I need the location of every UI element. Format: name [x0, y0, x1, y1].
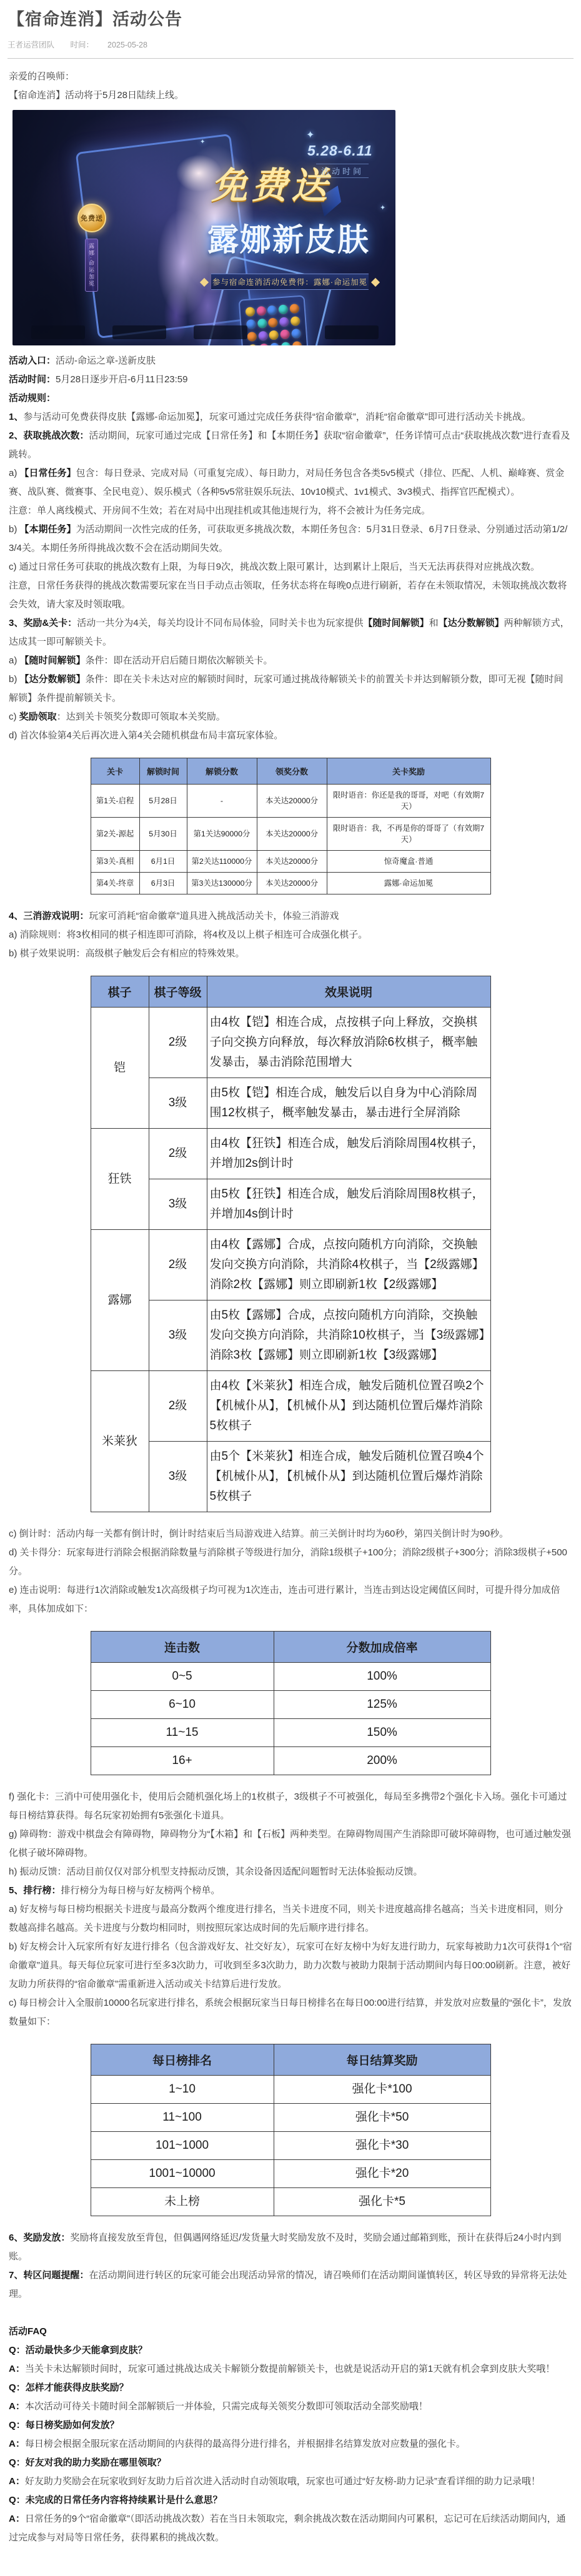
- sparkle-icon: ✦: [306, 129, 314, 141]
- table-row: 米莱狄2级由4枚【米莱狄】相连合成，触发后随机位置召唤2个【机械仆从】，【机械仆…: [91, 1371, 490, 1442]
- text-segment: Q：每日榜奖励如何发放？: [9, 2420, 119, 2430]
- piece-name-cell: 米莱狄: [91, 1371, 149, 1512]
- table-row: 1001~10000强化卡*20: [91, 2160, 490, 2188]
- text-segment: 【宿命连消】活动将于5月28日陆续上线。: [9, 90, 184, 101]
- table-cell: 0~5: [91, 1663, 274, 1691]
- banner-menu-item: [194, 325, 247, 339]
- board-piece-icon: [247, 331, 257, 341]
- text-segment: b): [9, 674, 20, 685]
- spacer: [9, 2304, 572, 2322]
- text-segment: 1、: [9, 412, 23, 422]
- table-row: 16+200%: [91, 1747, 490, 1775]
- board-piece-icon: [248, 344, 258, 345]
- table-cell: 第1关达90000分: [187, 818, 257, 851]
- piece-level-cell: 3级: [149, 1179, 207, 1230]
- paragraph: 亲爱的召唤师：: [9, 67, 572, 86]
- column-header: 棋子等级: [149, 976, 207, 1008]
- table-row: 3级由5枚【狂铁】相连合成，触发后消除周围8枚棋子，并增加4s倒计时: [91, 1179, 490, 1230]
- paragraph: d) 关卡得分：玩家每进行消除会根据消除数量与消除棋子等级进行加分，消除1级棋子…: [9, 1543, 572, 1581]
- board-piece-icon: [270, 342, 280, 345]
- text-segment: 为活动期间一次性完成的任务，可获取更多挑战次数，本期任务包含：5月31日登录、6…: [9, 524, 567, 553]
- text-segment: d) 关卡得分：玩家每进行消除会根据消除数量与消除棋子等级进行加分，消除1级棋子…: [9, 1547, 567, 1577]
- paragraph: 7、转区问题提醒：在活动期间进行转区的玩家可能会出现活动异常的情况，请召唤师们在…: [9, 2266, 572, 2304]
- paragraph: Q：怎样才能获得皮肤奖励？: [9, 2379, 572, 2397]
- moon-emblem-icon: 免费送: [77, 204, 106, 232]
- column-header: 效果说明: [207, 976, 490, 1008]
- table-cell: 本关达20000分: [257, 851, 327, 873]
- paragraph: c) 奖励领取：达到关卡领奖分数即可领取本关奖励。: [9, 708, 572, 726]
- board-piece-icon: [292, 341, 302, 345]
- board-piece-icon: [246, 307, 256, 317]
- text-segment: h) 振动反馈：活动目前仅仅对部分机型支持振动反馈，其余设备因适配问题暂时无法体…: [9, 1866, 423, 1877]
- text-segment: Q：活动最快多少天能拿到皮肤？: [9, 2345, 147, 2356]
- text-segment: 活动规则：: [9, 393, 56, 404]
- table-row: 3级由5个【米莱狄】相连合成，触发后随机位置召唤4个【机械仆从】，【机械仆从】到…: [91, 1442, 490, 1512]
- article-meta: 王者运营团队 时间：2025-05-28: [7, 39, 574, 50]
- text-segment: 活动一共分为4关，每关均设计不同布局体验，同时关卡也为玩家提供: [77, 618, 363, 628]
- table-cell: 150%: [274, 1719, 490, 1747]
- table-cell: 第2关达110000分: [187, 851, 257, 873]
- piece-name-cell: 露娜: [91, 1230, 149, 1371]
- text-segment: 好友助力奖励会在玩家收到好友助力后首次进入活动时自动领取哦，玩家也可通过“好友榜…: [25, 2476, 540, 2487]
- event-dates: 5.28-6.11: [307, 142, 372, 159]
- table-row: 露娜2级由4枚【露娜】合成，点按向随机方向消除，交换触发向交换方向消除，共消除4…: [91, 1230, 490, 1300]
- paragraph: Q：每日榜奖励如何发放？: [9, 2416, 572, 2435]
- text-segment: 奖励将直接发放至背包，但偶遇网络延迟/发货量大时奖励发放不及时，奖励会通过邮箱到…: [9, 2232, 561, 2262]
- paragraph: 活动入口：活动-命运之章-送新皮肤: [9, 352, 572, 370]
- text-segment: 本次活动可待关卡随时间全部解锁后一并体验，只需完成每关领奖分数即可领取活动全部奖…: [25, 2401, 428, 2412]
- author: 王者运营团队: [7, 41, 54, 49]
- board-piece-icon: [291, 329, 301, 339]
- piece-level-cell: 3级: [149, 1078, 207, 1129]
- text-segment: A：: [9, 2514, 25, 2524]
- piece-effect-cell: 由5枚【狂铁】相连合成，触发后消除周围8枚棋子，并增加4s倒计时: [207, 1179, 490, 1230]
- column-header: 关卡: [91, 758, 139, 785]
- text-segment: 玩家可消耗“宿命徽章”道具进入挑战活动关卡，体验三消游戏: [89, 911, 339, 921]
- table-row: 第2关-源起5月30日第1关达90000分本关达20000分限时语音：我，不再是…: [91, 818, 490, 851]
- page-title: 【宿命连消】活动公告: [7, 9, 574, 30]
- text-segment: 参与活动可免费获得皮肤【露娜-命运加冕】，玩家可通过完成任务获得“宿命徽章”，消…: [23, 412, 530, 422]
- piece-name-cell: 铠: [91, 1008, 149, 1129]
- paragraph: d) 首次体验第4关后再次进入第4关会随机棋盘布局丰富玩家体验。: [9, 726, 572, 745]
- paragraph: A：当关卡未达解锁时间时，玩家可通过挑战达成关卡解锁分数提前解锁关卡，也就是说活…: [9, 2360, 572, 2379]
- table-row: 0~5100%: [91, 1663, 490, 1691]
- stage-rewards-table: 关卡解锁时间解锁分数领奖分数关卡奖励第1关-启程5月28日-本关达20000分限…: [91, 758, 491, 894]
- sparkle-icon: ✦: [200, 139, 205, 146]
- banner-skin-title: 露娜新皮肤: [207, 215, 370, 260]
- board-piece-icon: [278, 304, 288, 314]
- table-cell: 第1关-启程: [91, 785, 139, 818]
- table-row: 3级由5枚【露娜】合成，点按向随机方向消除，交换触发向交换方向消除，共消除10枚…: [91, 1300, 490, 1371]
- board-piece-icon: [267, 305, 277, 315]
- text-segment: 包含：每日登录、完成对局（可重复完成）、每日助力，对局任务包含各类5v5模式（排…: [9, 468, 564, 497]
- paragraph: a) 消除规则：将3枚相同的棋子相连即可消除，将4枚及以上棋子相连可合成强化棋子…: [9, 926, 572, 944]
- paragraph: a) 【日常任务】包含：每日登录、完成对局（可重复完成）、每日助力，对局任务包含…: [9, 464, 572, 502]
- column-header: 棋子: [91, 976, 149, 1008]
- table-cell: 100%: [274, 1663, 490, 1691]
- text-segment: e) 连击说明：每进行1次消除或触发1次高级棋子均可视为1次连击，连击可进行累计…: [9, 1585, 560, 1614]
- text-segment: a): [9, 655, 20, 666]
- table-cell: 6~10: [91, 1691, 274, 1719]
- paragraph: 1、参与活动可免费获得皮肤【露娜-命运加冕】，玩家可通过完成任务获得“宿命徽章”…: [9, 408, 572, 427]
- text-segment: 当关卡未达解锁时间时，玩家可通过挑战达成关卡解锁分数提前解锁关卡，也就是说活动开…: [25, 2364, 555, 2374]
- board-piece-icon: [289, 304, 299, 314]
- daily-rank-rewards-table: 每日榜排名每日结算奖励1~10强化卡*10011~100强化卡*50101~10…: [91, 2044, 491, 2216]
- paragraph: 活动时间：5月28日逐步开启-6月11日23:59: [9, 370, 572, 389]
- text-segment: 注意：单人离线模式、开房间不生效；若在对局中出现挂机或其他违规行为，将不会被计为…: [9, 505, 430, 516]
- paragraph: b) 好友榜会计入玩家所有好友进行排名（包含游戏好友、社交好友），玩家可在好友榜…: [9, 1938, 572, 1994]
- text-segment: 活动期间，玩家可通过完成【日常任务】和【本期任务】获取“宿命徽章”，任务详情可点…: [9, 430, 570, 460]
- table-row: 6~10125%: [91, 1691, 490, 1719]
- table-cell: 强化卡*5: [274, 2188, 490, 2216]
- paragraph: h) 振动反馈：活动目前仅仅对部分机型支持振动反馈，其余设备因适配问题暂时无法体…: [9, 1863, 572, 1881]
- table-cell: 第3关-真相: [91, 851, 139, 873]
- board-piece-icon: [269, 330, 279, 340]
- table-row: 11~15150%: [91, 1719, 490, 1747]
- text-segment: 【随时间解锁】: [364, 618, 429, 628]
- text-segment: Q：未完成的日常任务内容将持续累计是什么意思？: [9, 2495, 222, 2505]
- table-cell: 本关达20000分: [257, 785, 327, 818]
- table-row: 第1关-启程5月28日-本关达20000分限时语音：你还是我的哥哥，对吧（有效期…: [91, 785, 490, 818]
- table-cell: 125%: [274, 1691, 490, 1719]
- paragraph: A：好友助力奖励会在玩家收到好友助力后首次进入活动时自动领取哦，玩家也可通过“好…: [9, 2472, 572, 2491]
- table-cell: 1001~10000: [91, 2160, 274, 2188]
- table-row: 铠2级由4枚【铠】相连合成，点按棋子向上释放，交换棋子向交换方向释放，每次释放消…: [91, 1008, 490, 1078]
- text-segment: 条件：即在关卡未达对应的解锁时间时，玩家可通过挑战待解锁关卡的前置关卡并达到解锁…: [9, 674, 564, 703]
- piece-name-cell: 狂铁: [91, 1129, 149, 1230]
- board-piece-icon: [257, 318, 267, 328]
- board-piece-icon: [256, 305, 266, 315]
- banner-ribbon: 参与宿命连消活动免费得：露娜·命运加冕: [211, 274, 369, 290]
- text-segment: 活动-命运之章-送新皮肤: [56, 355, 156, 366]
- text-segment: 活动FAQ: [9, 2326, 47, 2337]
- table-row: 未上榜强化卡*5: [91, 2188, 490, 2216]
- text-segment: 6、奖励发放：: [9, 2232, 70, 2243]
- table-row: 3级由5枚【铠】相连合成，触发后以自身为中心消除周围12枚棋子，概率触发暴击，暴…: [91, 1078, 490, 1129]
- column-header: 关卡奖励: [327, 758, 490, 785]
- paragraph: A：本次活动可待关卡随时间全部解锁后一并体验，只需完成每关领奖分数即可领取活动全…: [9, 2397, 572, 2416]
- text-segment: 奖励领取: [19, 711, 57, 722]
- board-piece-icon: [281, 342, 291, 345]
- table-cell: 限时语音：我，不再是你的哥哥了（有效期7天）: [327, 818, 490, 851]
- column-header: 解锁分数: [187, 758, 257, 785]
- board-piece-icon: [290, 316, 300, 326]
- text-segment: 【达分数解锁】: [439, 618, 504, 628]
- table-cell: 本关达20000分: [257, 873, 327, 894]
- piece-level-cell: 3级: [149, 1300, 207, 1371]
- paragraph: A：日常任务的9个“宿命徽章”（即活动挑战次数）若在当日未领取完，剩余挑战次数在…: [9, 2510, 572, 2547]
- text-segment: 日常任务的9个“宿命徽章”（即活动挑战次数）若在当日未领取完，剩余挑战次数在活动…: [9, 2514, 566, 2543]
- piece-effect-cell: 由4枚【露娜】合成，点按向随机方向消除，交换触发向交换方向消除，共消除4枚棋子，…: [207, 1230, 490, 1300]
- text-segment: g) 障碍物：游戏中棋盘会有障碍物，障碍物分为“【木箱】和【石板】两种类型。在障…: [9, 1829, 571, 1858]
- paragraph: 【宿命连消】活动将于5月28日陆续上线。: [9, 86, 572, 105]
- column-header: 分数加成倍率: [274, 1632, 490, 1663]
- paragraph: 6、奖励发放：奖励将直接发放至背包，但偶遇网络延迟/发货量大时奖励发放不及时，奖…: [9, 2229, 572, 2266]
- table-cell: 11~15: [91, 1719, 274, 1747]
- event-dates-label: 活动时间: [316, 164, 369, 178]
- emblem-ribbon: 露娜·命运加冕: [85, 239, 98, 292]
- board-piece-icon: [258, 330, 268, 340]
- text-segment: 【本期任务】: [20, 524, 76, 535]
- text-segment: ：达到关卡领奖分数即可领取本关奖励。: [57, 711, 226, 722]
- banner-image: ✦ ✦ ✦ 免费送 露娜·命运加冕 免费送 露娜新皮肤 5.28-6.11 活动…: [12, 110, 395, 345]
- text-segment: 和: [429, 618, 439, 628]
- table-row: 狂铁2级由4枚【狂铁】相连合成，触发后消除周围4枚棋子，并增加2s倒计时: [91, 1129, 490, 1179]
- text-segment: A：: [9, 2401, 25, 2412]
- text-segment: 【随时间解锁】: [20, 655, 86, 666]
- text-segment: Q：怎样才能获得皮肤奖励？: [9, 2382, 129, 2393]
- table-cell: 200%: [274, 1747, 490, 1775]
- piece-level-cell: 2级: [149, 1008, 207, 1078]
- piece-effect-cell: 由5枚【露娜】合成，点按向随机方向消除，交换触发向交换方向消除，共消除10枚棋子…: [207, 1300, 490, 1371]
- paragraph: a) 【随时间解锁】条件：即在活动开启后随日期依次解锁关卡。: [9, 651, 572, 670]
- table-cell: 5月28日: [139, 785, 187, 818]
- text-segment: a) 好友榜与每日榜均根据关卡进度与最高分数两个维度进行排名，当关卡进度不同，则…: [9, 1904, 564, 1933]
- paragraph: g) 障碍物：游戏中棋盘会有障碍物，障碍物分为“【木箱】和【石板】两种类型。在障…: [9, 1825, 572, 1863]
- table-row: 1~10强化卡*100: [91, 2076, 490, 2104]
- text-segment: c) 通过日常任务可获取的挑战次数有上限，为每日9次，挑战次数上限可累计，达到累…: [9, 562, 540, 572]
- text-segment: 亲爱的召唤师：: [9, 71, 74, 82]
- column-header: 每日榜排名: [91, 2044, 274, 2076]
- table-cell: 第4关-终章: [91, 873, 139, 894]
- text-segment: c) 每日榜会计入全服前10000名玩家进行排名，系统会根据玩家当日每日榜排名在…: [9, 1998, 572, 2027]
- column-header: 每日结算奖励: [274, 2044, 490, 2076]
- text-segment: 4、三消游戏说明：: [9, 911, 89, 921]
- piece-level-cell: 2级: [149, 1129, 207, 1179]
- text-segment: b) 棋子效果说明：高级棋子触发后会有相应的特殊效果。: [9, 948, 245, 959]
- paragraph: 注意：单人离线模式、开房间不生效；若在对局中出现挂机或其他违规行为，将不会被计为…: [9, 502, 572, 520]
- table-cell: 6月1日: [139, 851, 187, 873]
- paragraph: 2、获取挑战次数：活动期间，玩家可通过完成【日常任务】和【本期任务】获取“宿命徽…: [9, 427, 572, 464]
- text-segment: d) 首次体验第4关后再次进入第4关会随机棋盘布局丰富玩家体验。: [9, 730, 283, 741]
- text-segment: f) 强化卡：三消中可使用强化卡，使用后会随机强化场上的1枚棋子，3级棋子不可被…: [9, 1791, 567, 1821]
- table-row: 101~1000强化卡*30: [91, 2132, 490, 2160]
- board-piece-icon: [246, 319, 256, 329]
- paragraph: 5、排行榜：排行榜分为每日榜与好友榜两个榜单。: [9, 1881, 572, 1900]
- page-header: 【宿命连消】活动公告 王者运营团队 时间：2025-05-28: [0, 0, 581, 59]
- column-header: 解锁时间: [139, 758, 187, 785]
- table-cell: 强化卡*50: [274, 2104, 490, 2132]
- table-row: 第3关-真相6月1日第2关达110000分本关达20000分惊奇魔盒·普通: [91, 851, 490, 873]
- banner-menu-item: [112, 325, 166, 339]
- table-cell: 6月3日: [139, 873, 187, 894]
- paragraph: b) 【本期任务】为活动期间一次性完成的任务，可获取更多挑战次数，本期任务包含：…: [9, 520, 572, 558]
- text-segment: 活动时间：: [9, 374, 56, 385]
- paragraph: e) 连击说明：每进行1次消除或触发1次高级棋子均可视为1次连击，连击可进行累计…: [9, 1581, 572, 1618]
- publish-time: 时间：2025-05-28: [71, 41, 161, 49]
- text-segment: 条件：即在活动开启后随日期依次解锁关卡。: [86, 655, 273, 666]
- table-cell: 限时语音：你还是我的哥哥，对吧（有效期7天）: [327, 785, 490, 818]
- text-segment: 【达分数解锁】: [20, 674, 86, 685]
- paragraph: c) 通过日常任务可获取的挑战次数有上限，为每日9次，挑战次数上限可累计，达到累…: [9, 558, 572, 577]
- table-cell: 第3关达130000分: [187, 873, 257, 894]
- piece-level-cell: 2级: [149, 1230, 207, 1300]
- table-cell: 强化卡*100: [274, 2076, 490, 2104]
- table-cell: 本关达20000分: [257, 818, 327, 851]
- text-segment: 5、排行榜：: [9, 1885, 61, 1896]
- text-segment: A：: [9, 2439, 25, 2449]
- text-segment: A：: [9, 2364, 25, 2374]
- text-segment: b) 好友榜会计入玩家所有好友进行排名（包含游戏好友、社交好友），玩家可在好友榜…: [9, 1941, 572, 1989]
- board-piece-icon: [268, 317, 278, 327]
- text-segment: 【日常任务】: [20, 468, 76, 478]
- table-cell: -: [187, 785, 257, 818]
- table-header-row: 关卡解锁时间解锁分数领奖分数关卡奖励: [91, 758, 490, 785]
- banner-free-title: 免费送: [211, 156, 331, 209]
- table-header-row: 棋子棋子等级效果说明: [91, 976, 490, 1008]
- piece-effect-cell: 由5枚【铠】相连合成，触发后以自身为中心消除周围12枚棋子，概率触发暴击，暴击进…: [207, 1078, 490, 1129]
- column-header: 领奖分数: [257, 758, 327, 785]
- table-cell: 露娜·命运加冕: [327, 873, 490, 894]
- paragraph: Q：好友对我的助力奖励在哪里领取？: [9, 2454, 572, 2472]
- text-segment: 在活动期间进行转区的玩家可能会出现活动异常的情况，请召唤师们在活动期间谨慎转区，…: [9, 2270, 567, 2299]
- text-segment: 2、获取挑战次数：: [9, 430, 89, 441]
- text-segment: 注意，日常任务获得的挑战次数需要玩家在当日手动点击领取，任务状态将在每晚0点进行…: [9, 580, 567, 610]
- piece-level-cell: 2级: [149, 1371, 207, 1442]
- paragraph: f) 强化卡：三消中可使用强化卡，使用后会随机强化场上的1枚棋子，3级棋子不可被…: [9, 1788, 572, 1825]
- table-cell: 16+: [91, 1747, 274, 1775]
- table-cell: 未上榜: [91, 2188, 274, 2216]
- paragraph: b) 【达分数解锁】条件：即在关卡未达对应的解锁时间时，玩家可通过挑战待解锁关卡…: [9, 670, 572, 708]
- table-cell: 101~1000: [91, 2132, 274, 2160]
- table-cell: 5月30日: [139, 818, 187, 851]
- text-segment: 排行榜分为每日榜与好友榜两个榜单。: [61, 1885, 220, 1896]
- match3-board: [239, 295, 310, 345]
- text-segment: b): [9, 524, 20, 535]
- table-cell: 强化卡*30: [274, 2132, 490, 2160]
- paragraph: c) 倒计时：活动内每一关都有倒计时，倒计时结束后当局游戏进入结算。前三关倒计时…: [9, 1525, 572, 1543]
- banner-menu-item: [325, 325, 379, 339]
- table-header-row: 连击数分数加成倍率: [91, 1632, 490, 1663]
- board-piece-icon: [279, 317, 289, 327]
- piece-effects-table: 棋子棋子等级效果说明铠2级由4枚【铠】相连合成，点按棋子向上释放，交换棋子向交换…: [91, 976, 491, 1512]
- table-cell: 惊奇魔盒·普通: [327, 851, 490, 873]
- table-cell: 强化卡*20: [274, 2160, 490, 2188]
- paragraph: Q：未完成的日常任务内容将持续累计是什么意思？: [9, 2491, 572, 2510]
- piece-effect-cell: 由4枚【铠】相连合成，点按棋子向上释放，交换棋子向交换方向释放，每次释放消除6枚…: [207, 1008, 490, 1078]
- banner-menu-item: [31, 325, 85, 339]
- board-piece-icon: [280, 329, 290, 339]
- piece-effect-cell: 由4枚【狂铁】相连合成，触发后消除周围4枚棋子，并增加2s倒计时: [207, 1129, 490, 1179]
- sparkle-icon: ✦: [380, 204, 385, 212]
- table-header-row: 每日榜排名每日结算奖励: [91, 2044, 490, 2076]
- paragraph: b) 棋子效果说明：高级棋子触发后会有相应的特殊效果。: [9, 944, 572, 963]
- text-segment: 每日榜会根据全服玩家在活动期间的内获得的最高得分进行排名，并根据排名结算发放对应…: [25, 2439, 465, 2449]
- paragraph: A：每日榜会根据全服玩家在活动期间的内获得的最高得分进行排名，并根据排名结算发放…: [9, 2435, 572, 2454]
- text-segment: Q：好友对我的助力奖励在哪里领取？: [9, 2457, 166, 2468]
- text-segment: a) 消除规则：将3枚相同的棋子相连即可消除，将4枚及以上棋子相连可合成强化棋子…: [9, 929, 367, 940]
- text-segment: A：: [9, 2476, 25, 2487]
- paragraph: Q：活动最快多少天能拿到皮肤？: [9, 2341, 572, 2360]
- table-cell: 1~10: [91, 2076, 274, 2104]
- table-row: 第4关-终章6月3日第3关达130000分本关达20000分露娜·命运加冕: [91, 873, 490, 894]
- board-piece-icon: [259, 343, 269, 345]
- paragraph: 4、三消游戏说明：玩家可消耗“宿命徽章”道具进入挑战活动关卡，体验三消游戏: [9, 907, 572, 926]
- paragraph: a) 好友榜与每日榜均根据关卡进度与最高分数两个维度进行排名，当关卡进度不同，则…: [9, 1900, 572, 1938]
- paragraph: 活动FAQ: [9, 2322, 572, 2341]
- paragraph: 3、奖励&关卡：活动一共分为4关，每关均设计不同布局体验，同时关卡也为玩家提供【…: [9, 614, 572, 651]
- piece-effect-cell: 由5个【米莱狄】相连合成，触发后随机位置召唤4个【机械仆从】，【机械仆从】到达随…: [207, 1442, 490, 1512]
- text-segment: a): [9, 468, 20, 478]
- text-segment: 3、奖励&关卡：: [9, 618, 77, 628]
- combo-bonus-table: 连击数分数加成倍率0~5100%6~10125%11~15150%16+200%: [91, 1631, 491, 1775]
- paragraph: 活动规则：: [9, 389, 572, 408]
- text-segment: 活动入口：: [9, 355, 56, 366]
- column-header: 连击数: [91, 1632, 274, 1663]
- content: 亲爱的召唤师：【宿命连消】活动将于5月28日陆续上线。 ✦ ✦ ✦ 免费送 露娜…: [0, 59, 581, 2576]
- table-cell: 11~100: [91, 2104, 274, 2132]
- piece-effect-cell: 由4枚【米莱狄】相连合成，触发后随机位置召唤2个【机械仆从】，【机械仆从】到达随…: [207, 1371, 490, 1442]
- paragraph: 注意，日常任务获得的挑战次数需要玩家在当日手动点击领取，任务状态将在每晚0点进行…: [9, 577, 572, 614]
- text-segment: c) 倒计时：活动内每一关都有倒计时，倒计时结束后当局游戏进入结算。前三关倒计时…: [9, 1528, 509, 1539]
- table-cell: 第2关-源起: [91, 818, 139, 851]
- piece-level-cell: 3级: [149, 1442, 207, 1512]
- text-segment: 5月28日逐步开启-6月11日23:59: [56, 374, 187, 385]
- text-segment: 7、转区问题提醒：: [9, 2270, 89, 2281]
- paragraph: c) 每日榜会计入全服前10000名玩家进行排名，系统会根据玩家当日每日榜排名在…: [9, 1994, 572, 2031]
- table-row: 11~100强化卡*50: [91, 2104, 490, 2132]
- text-segment: c): [9, 711, 19, 722]
